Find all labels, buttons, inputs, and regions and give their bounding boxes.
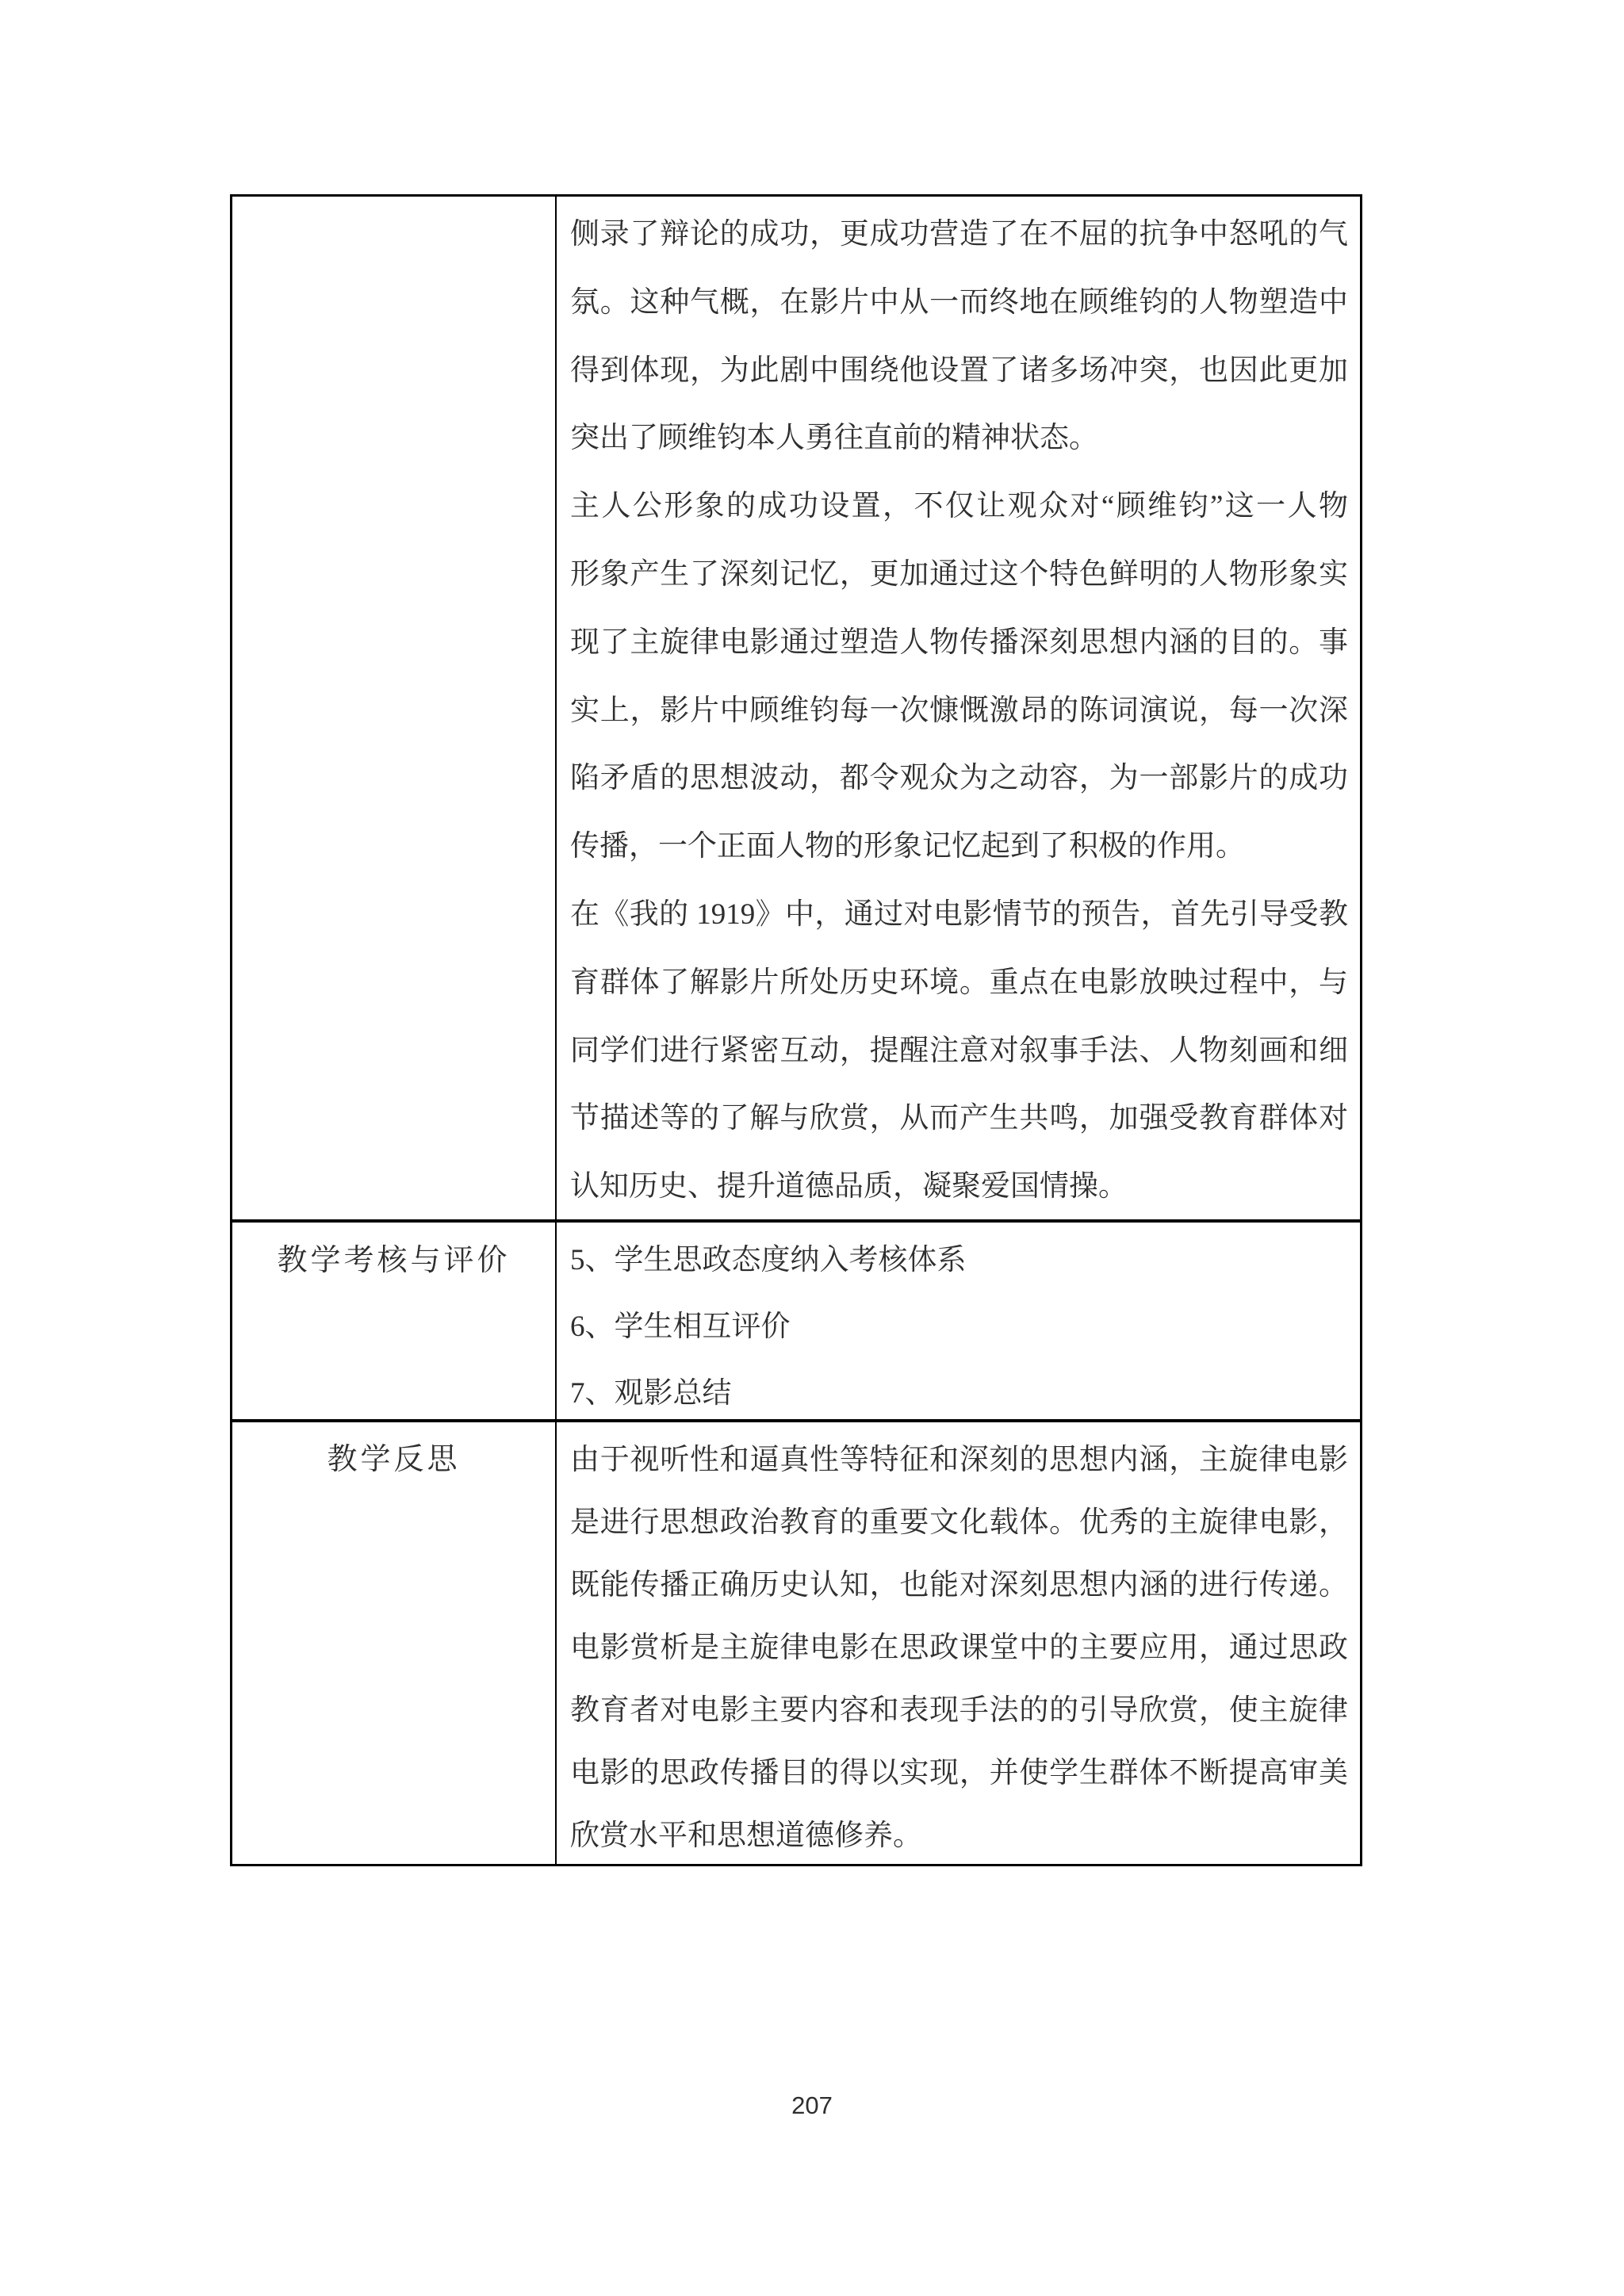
text-line: 侧录了辩论的成功，更成功营造了在不屈的抗争中怒吼的气 — [570, 201, 1348, 269]
text-line: 欣赏水平和思想道德修养。 — [570, 1804, 1348, 1864]
text-line: 认知历史、提升道德品质，凝聚爱国情操。 — [570, 1153, 1348, 1219]
table-row: 教学考核与评价 5、学生思政态度纳入考核体系6、学生相互评价7、观影总结 — [232, 1219, 1360, 1419]
text-line: 是进行思想政治教育的重要文化载体。优秀的主旋律电影， — [570, 1491, 1348, 1554]
text-line: 陷矛盾的思想波动，都令观众为之动容，为一部影片的成功 — [570, 744, 1348, 813]
page-number: 207 — [0, 2091, 1624, 2120]
text-line: 既能传播正确历史认知，也能对深刻思想内涵的进行传递。 — [570, 1554, 1348, 1617]
teaching-plan-table: 侧录了辩论的成功，更成功营造了在不屈的抗争中怒吼的气氛。这种气概，在影片中从一而… — [230, 194, 1362, 1866]
document-page: 侧录了辩论的成功，更成功营造了在不屈的抗争中怒吼的气氛。这种气概，在影片中从一而… — [0, 0, 1624, 2296]
text-line: 现了主旋律电影通过塑造人物传播深刻思想内涵的目的。事 — [570, 609, 1348, 677]
text-line: 6、学生相互评价 — [570, 1294, 1348, 1360]
table-row: 教学反思 由于视听性和逼真性等特征和深刻的思想内涵，主旋律电影是进行思想政治教育… — [232, 1419, 1360, 1864]
text-line: 同学们进行紧密互动，提醒注意对叙事手法、人物刻画和细 — [570, 1017, 1348, 1085]
text-line: 育群体了解影片所处历史环境。重点在电影放映过程中，与 — [570, 949, 1348, 1017]
row-label-cell-empty — [232, 197, 555, 1219]
text-line: 7、观影总结 — [570, 1360, 1348, 1419]
text-line: 主人公形象的成功设置，不仅让观众对“顾维钧”这一人物 — [570, 473, 1348, 541]
text-line: 由于视听性和逼真性等特征和深刻的思想内涵，主旋律电影 — [570, 1429, 1348, 1491]
text-line: 电影赏析是主旋律电影在思政课堂中的主要应用，通过思政 — [570, 1617, 1348, 1679]
text-line: 实上，影片中顾维钧每一次慷慨激昂的陈词演说，每一次深 — [570, 677, 1348, 745]
text-line: 形象产生了深刻记忆，更加通过这个特色鲜明的人物形象实 — [570, 541, 1348, 609]
text-line: 得到体现，为此剧中围绕他设置了诸多场冲突，也因此更加 — [570, 337, 1348, 405]
film-analysis-text-cell: 侧录了辩论的成功，更成功营造了在不屈的抗争中怒吼的气氛。这种气概，在影片中从一而… — [555, 197, 1360, 1219]
text-line: 突出了顾维钧本人勇往直前的精神状态。 — [570, 404, 1348, 473]
text-line: 节描述等的了解与欣赏，从而产生共鸣，加强受教育群体对 — [570, 1085, 1348, 1153]
row-label-assessment: 教学考核与评价 — [232, 1223, 555, 1419]
table-row: 侧录了辩论的成功，更成功营造了在不屈的抗争中怒吼的气氛。这种气概，在影片中从一而… — [232, 197, 1360, 1219]
text-line: 教育者对电影主要内容和表现手法的的引导欣赏，使主旋律 — [570, 1679, 1348, 1742]
text-line: 电影的思政传播目的得以实现，并使学生群体不断提高审美 — [570, 1742, 1348, 1804]
assessment-items-cell: 5、学生思政态度纳入考核体系6、学生相互评价7、观影总结 — [555, 1223, 1360, 1419]
text-line: 在《我的 1919》中，通过对电影情节的预告，首先引导受教 — [570, 881, 1348, 949]
row-label-reflection: 教学反思 — [232, 1422, 555, 1864]
text-line: 氛。这种气概，在影片中从一而终地在顾维钧的人物塑造中 — [570, 269, 1348, 337]
text-line: 5、学生思政态度纳入考核体系 — [570, 1227, 1348, 1294]
reflection-text-cell: 由于视听性和逼真性等特征和深刻的思想内涵，主旋律电影是进行思想政治教育的重要文化… — [555, 1422, 1360, 1864]
text-line: 传播，一个正面人物的形象记忆起到了积极的作用。 — [570, 813, 1348, 881]
